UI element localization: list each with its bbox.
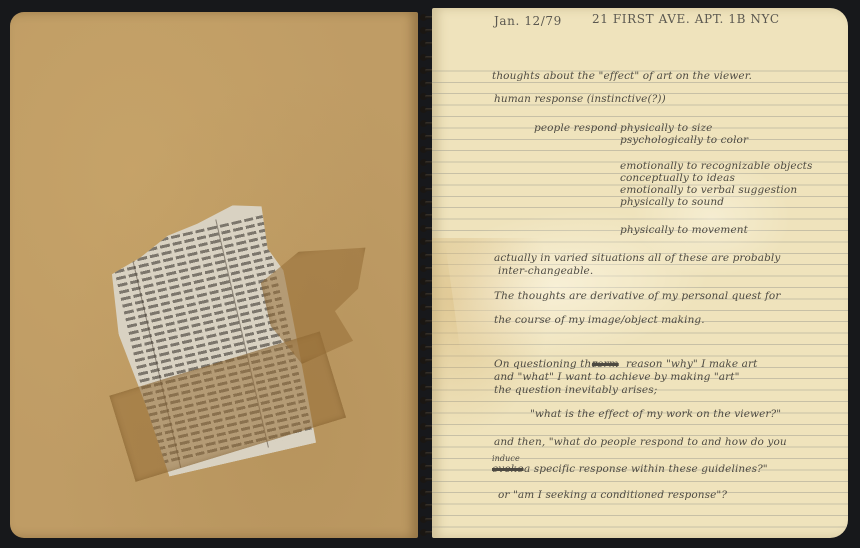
note-line: reason "why" I make art xyxy=(626,358,757,370)
note-line: human response (instinctive(?)) xyxy=(494,93,666,105)
note-line: conceptually to ideas xyxy=(620,172,735,184)
note-line: physically to movement xyxy=(620,224,748,236)
notebook-photo: Jan. 12/79 21 FIRST AVE. APT. 1B NYC tho… xyxy=(0,0,860,548)
note-line: physically to size xyxy=(620,122,712,134)
newspaper-clipping xyxy=(96,198,323,481)
note-line: and "what" I want to achieve by making "… xyxy=(494,371,740,383)
left-page xyxy=(10,12,418,538)
note-line: inter-changeable. xyxy=(498,265,593,277)
note-line: the course of my image/object making. xyxy=(494,314,705,326)
note-line: a specific response within these guideli… xyxy=(524,463,768,475)
entry-address: 21 FIRST AVE. APT. 1B NYC xyxy=(592,12,780,26)
note-line: or "am I seeking a conditioned response"… xyxy=(498,489,727,501)
note-line: The thoughts are derivative of my person… xyxy=(494,290,780,302)
struck-word: evoke xyxy=(492,463,524,475)
note-line: emotionally to verbal suggestion xyxy=(620,184,797,196)
note-line: people respond xyxy=(534,122,617,134)
note-line: the question inevitably arises; xyxy=(494,384,657,396)
note-line: thoughts about the "effect" of art on th… xyxy=(492,70,752,82)
note-line: emotionally to recognizable objects xyxy=(620,160,812,172)
note-line: psychologically to color xyxy=(620,134,748,146)
note-line: On questioning the xyxy=(494,358,598,370)
entry-date: Jan. 12/79 xyxy=(494,14,562,28)
note-line: induce xyxy=(492,454,520,463)
note-line: actually in varied situations all of the… xyxy=(494,252,780,264)
struck-word: rorm xyxy=(592,358,619,370)
note-line: and then, "what do people respond to and… xyxy=(494,436,787,448)
right-page: Jan. 12/79 21 FIRST AVE. APT. 1B NYC tho… xyxy=(432,8,848,538)
note-line: "what is the effect of my work on the vi… xyxy=(530,408,781,420)
note-line: physically to sound xyxy=(620,196,724,208)
